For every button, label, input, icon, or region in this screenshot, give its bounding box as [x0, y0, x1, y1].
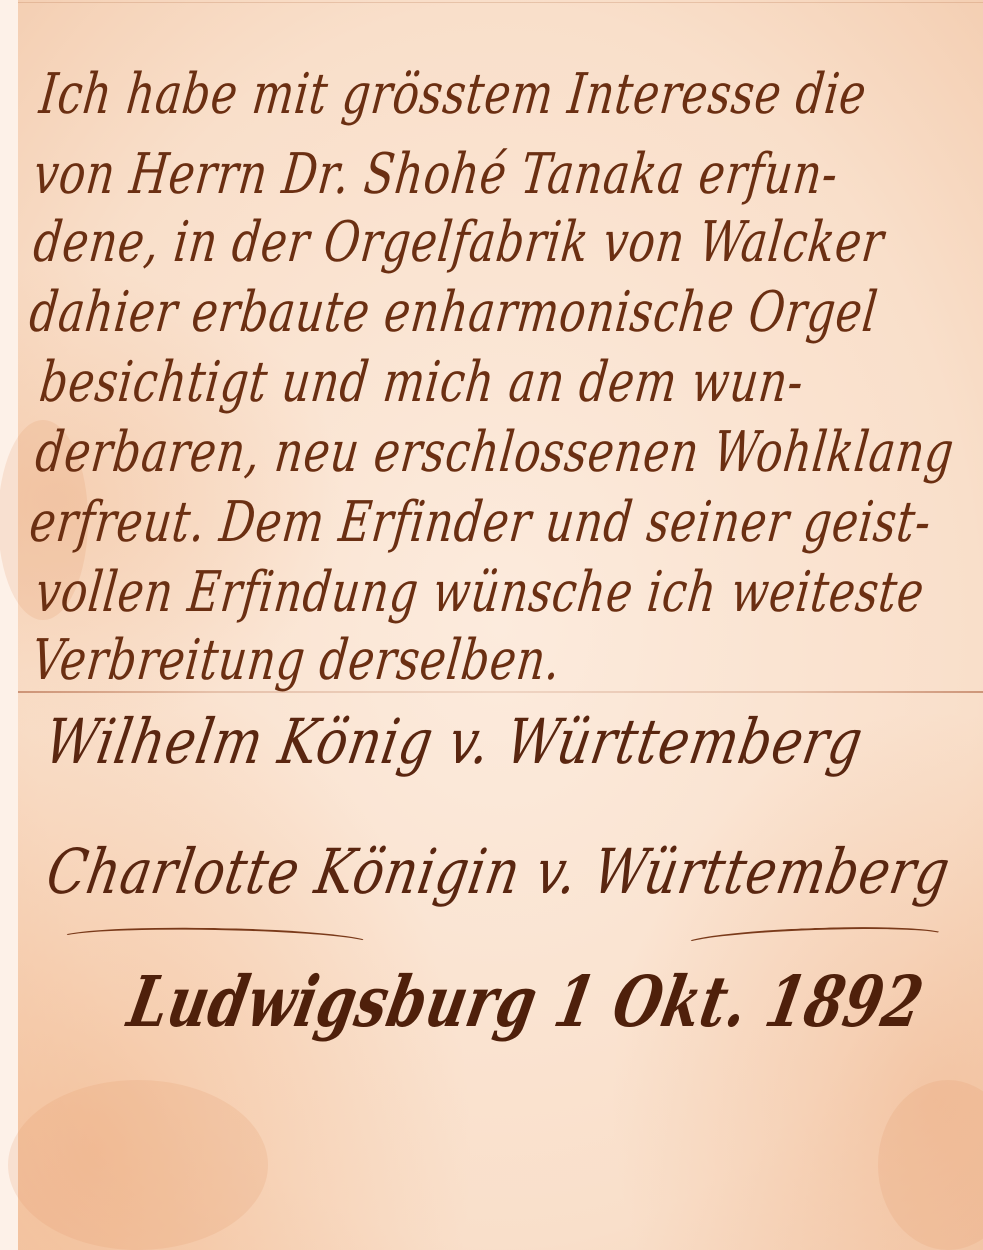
signature-king: Wilhelm König v. Württemberg [40, 705, 869, 778]
body-line: dene, in der Orgelfabrik von Walcker [30, 210, 887, 275]
body-line: derbaren, neu erschlossenen Wohlklang [32, 420, 957, 485]
top-edge-rule [18, 2, 983, 3]
body-line: von Herrn Dr. Shohé Tanaka erfun- [30, 142, 841, 207]
body-line: vollen Erfindung wünsche ich weiteste [32, 560, 927, 625]
signature-flourish [58, 925, 372, 956]
body-line: Verbreitung derselben. [28, 628, 564, 693]
signature-flourish [683, 923, 948, 956]
body-line: besichtigt und mich an dem wun- [36, 350, 807, 415]
body-line: dahier erbaute enharmonische Orgel [26, 280, 881, 345]
signature-queen: Charlotte Königin v. Württemberg [42, 835, 956, 908]
letter-page: Ich habe mit grösstem Interesse die von … [0, 0, 983, 1250]
fold-line [18, 691, 983, 693]
paper-stain [878, 1080, 983, 1250]
paper-stain [8, 1080, 268, 1250]
body-line: Ich habe mit grösstem Interesse die [36, 62, 869, 127]
body-line: erfreut. Dem Erfinder und seiner geist- [26, 490, 934, 555]
place-and-date: Ludwigsburg 1 Okt. 1892 [122, 960, 930, 1043]
